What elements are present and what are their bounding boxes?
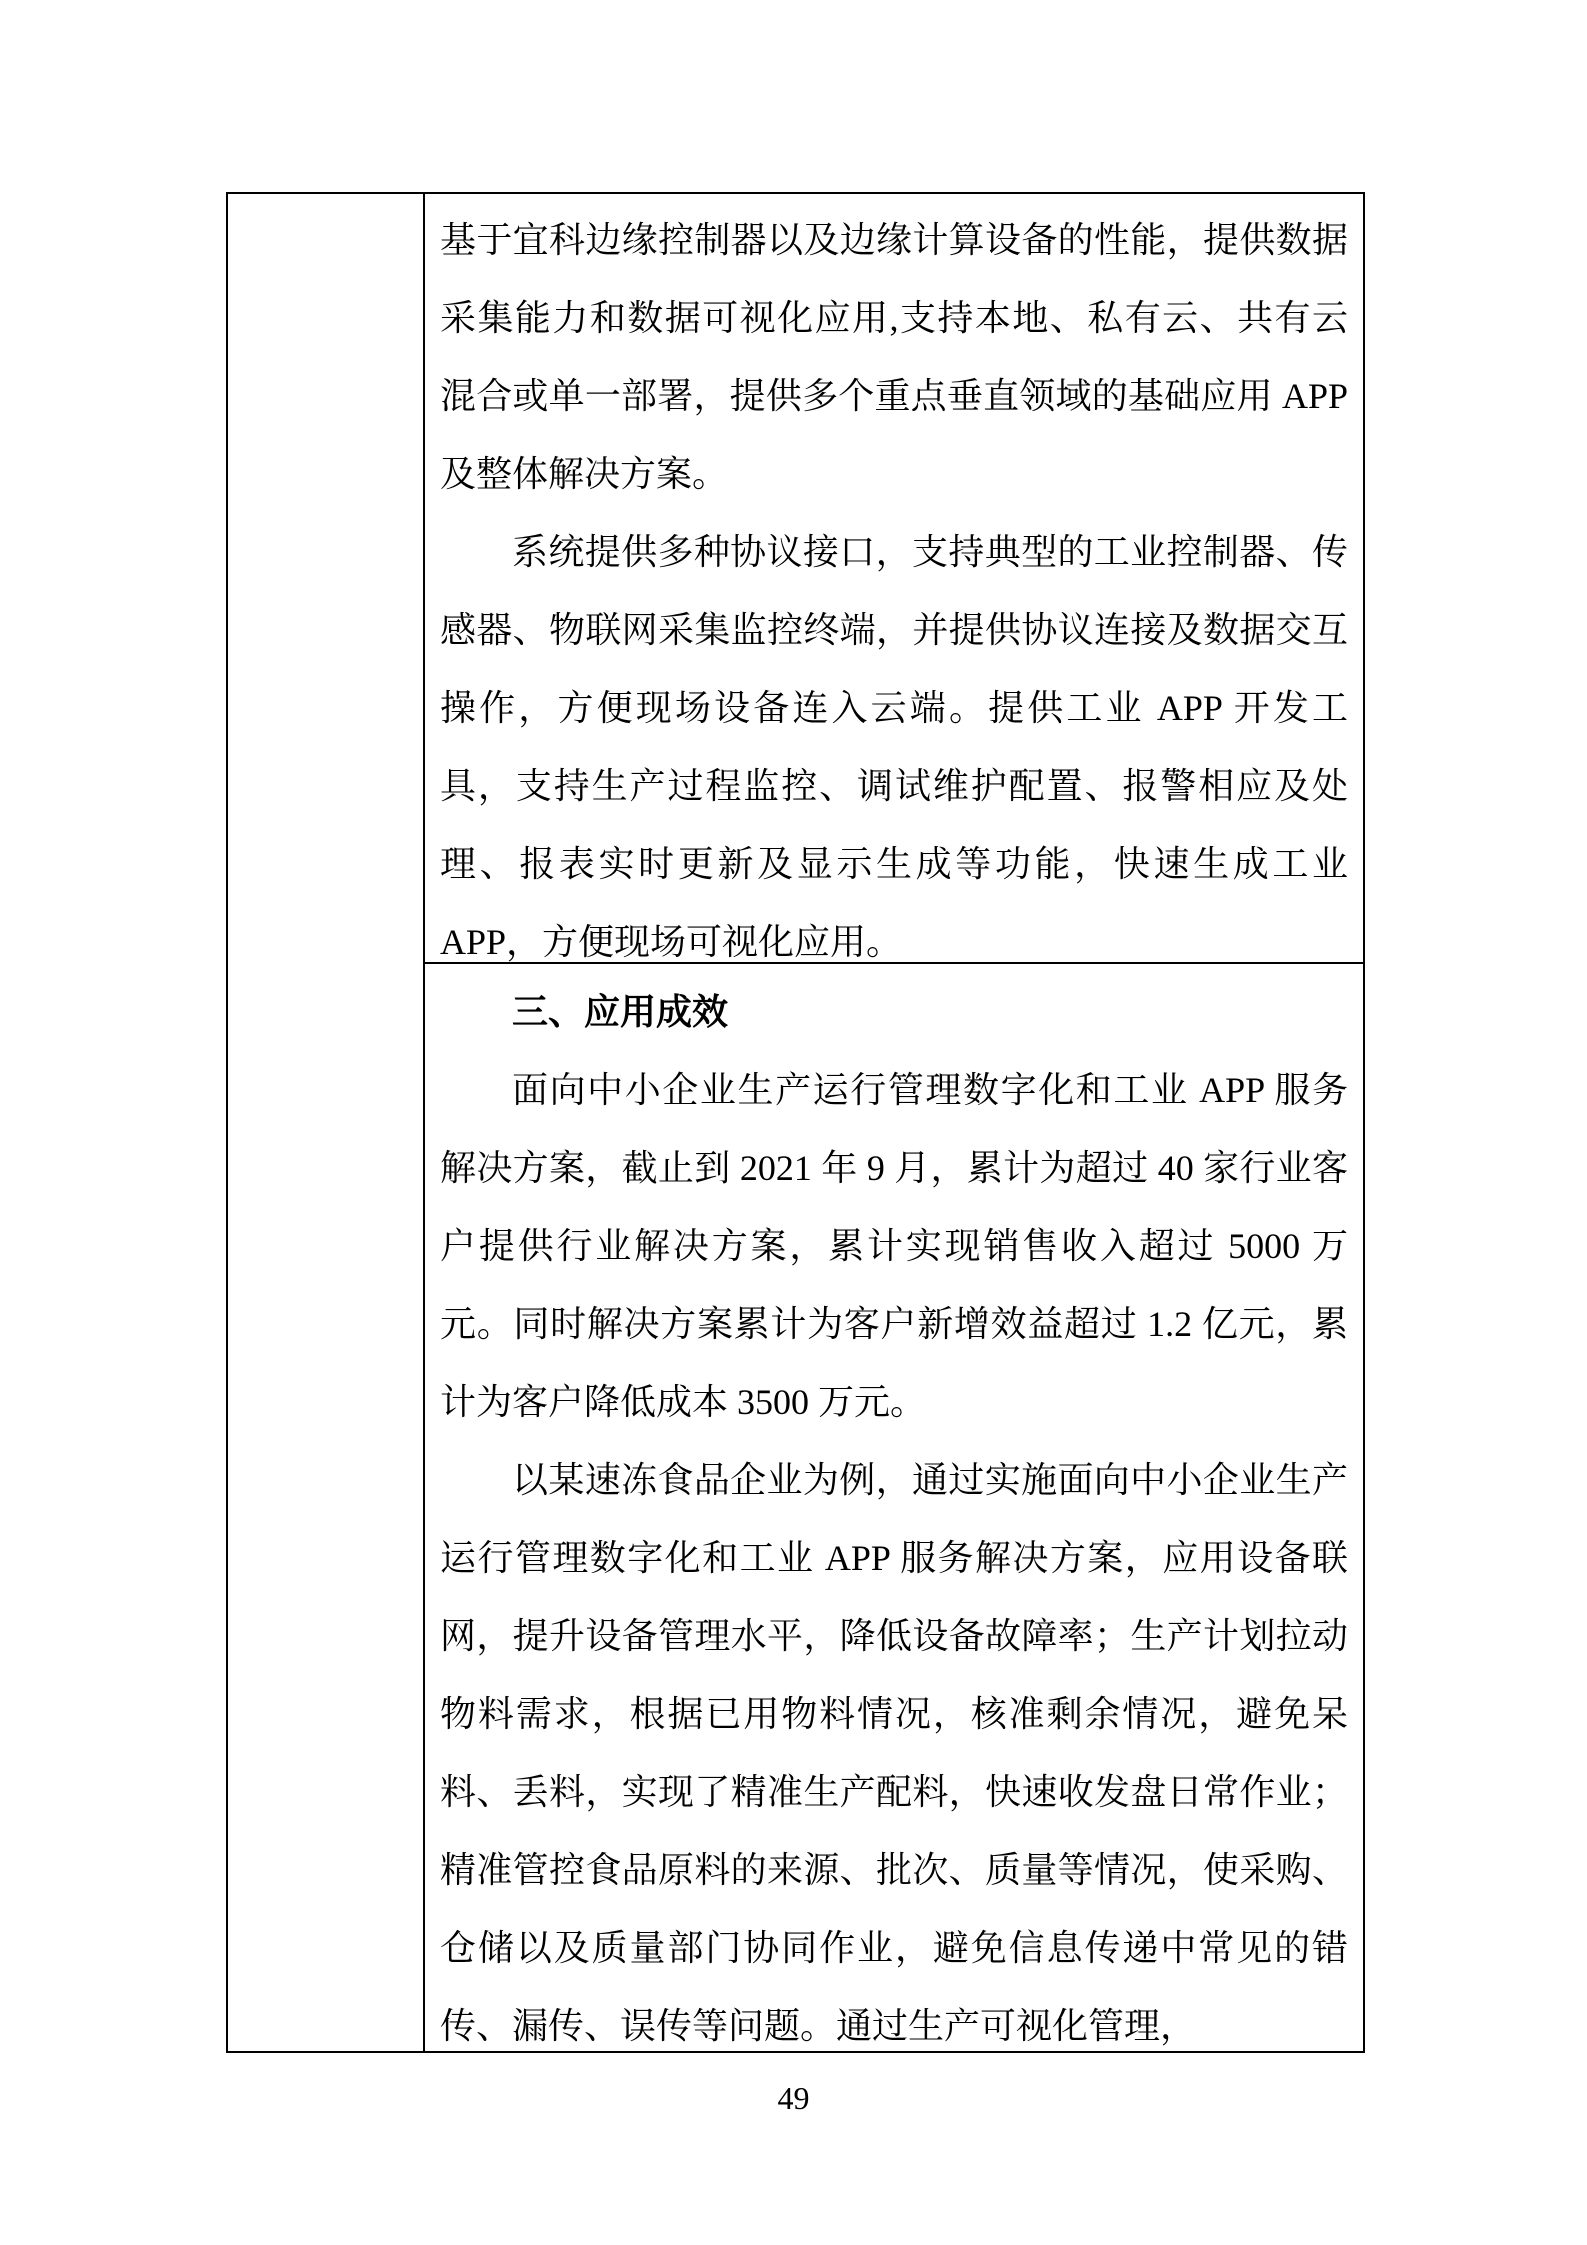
document-page: 基于宜科边缘控制器以及边缘计算设备的性能，提供数据采集能力和数据可视化应用,支持… bbox=[0, 0, 1587, 2245]
page-number: 49 bbox=[0, 2080, 1587, 2116]
section-heading-application-results: 三、应用成效 bbox=[440, 973, 1348, 1051]
table-cell-solution-description: 基于宜科边缘控制器以及边缘计算设备的性能，提供数据采集能力和数据可视化应用,支持… bbox=[425, 194, 1363, 964]
paragraph-solution-overview: 基于宜科边缘控制器以及边缘计算设备的性能，提供数据采集能力和数据可视化应用,支持… bbox=[440, 201, 1348, 513]
paragraph-case-study: 以某速冻食品企业为例，通过实施面向中小企业生产运行管理数字化和工业 APP 服务… bbox=[440, 1441, 1348, 2051]
paragraph-results-summary: 面向中小企业生产运行管理数字化和工业 APP 服务解决方案，截止到 2021 年… bbox=[440, 1051, 1348, 1441]
table-left-cell bbox=[228, 194, 425, 2051]
table-cell-application-results: 三、应用成效 面向中小企业生产运行管理数字化和工业 APP 服务解决方案，截止到… bbox=[425, 964, 1363, 2051]
document-table: 基于宜科边缘控制器以及边缘计算设备的性能，提供数据采集能力和数据可视化应用,支持… bbox=[226, 192, 1365, 2053]
paragraph-system-protocols: 系统提供多种协议接口，支持典型的工业控制器、传感器、物联网采集监控终端，并提供协… bbox=[440, 513, 1348, 964]
table-right-column: 基于宜科边缘控制器以及边缘计算设备的性能，提供数据采集能力和数据可视化应用,支持… bbox=[425, 194, 1363, 2051]
